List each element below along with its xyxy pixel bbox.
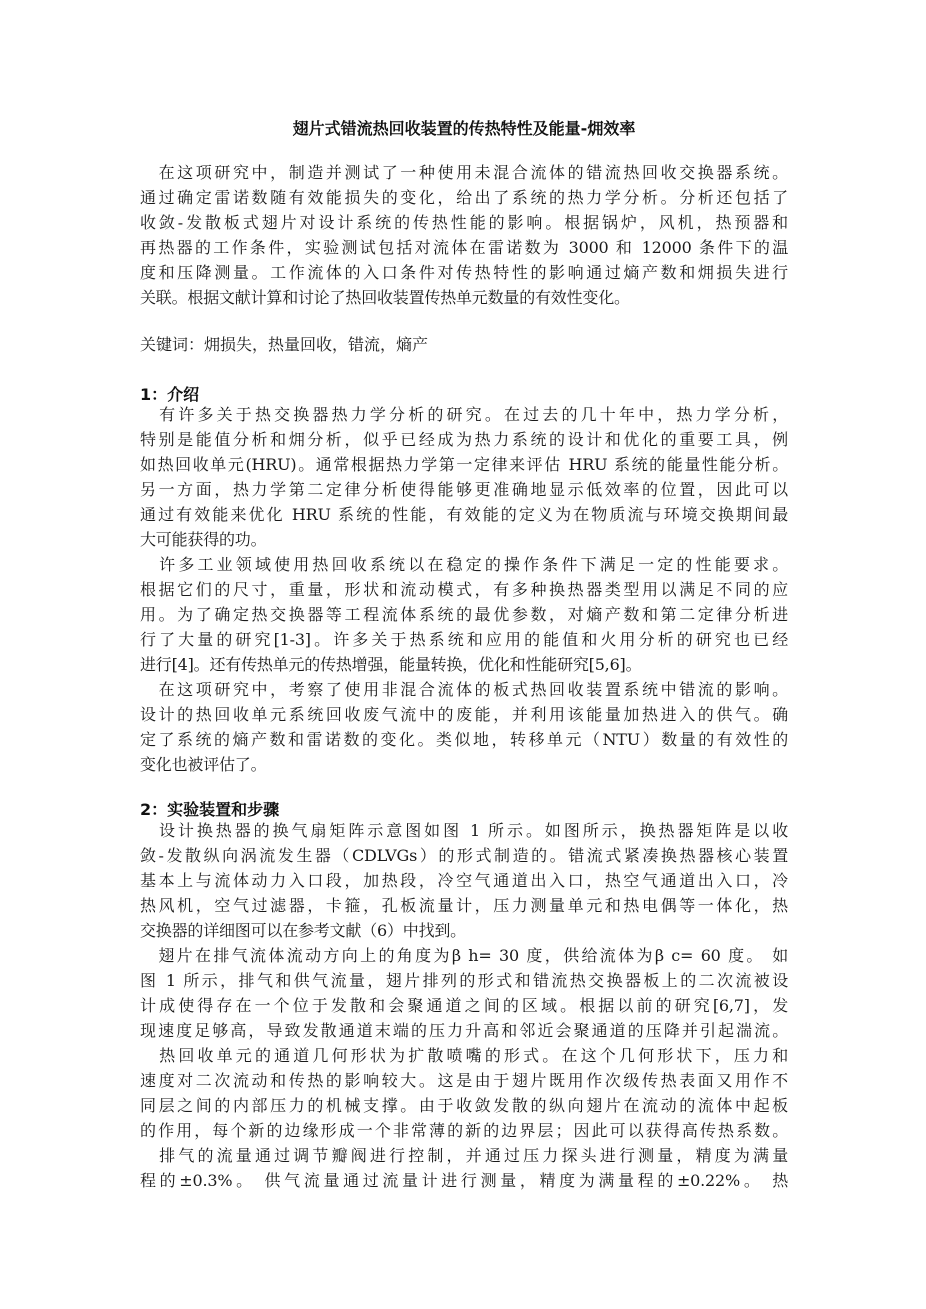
paragraph-line: 排气的流量通过调节瓣阀进行控制，并通过压力探头进行测量，精度为满量 [140,1146,788,1166]
keywords: 关键词：㶲损失，热量回收，错流，熵产 [140,332,428,355]
abstract-line: 在这项研究中，制造并测试了一种使用未混合流体的错流热回收交换器系统。 [140,163,788,183]
paragraph-line: 在这项研究中，考察了使用非混合流体的板式热回收装置系统中错流的影响。 [140,680,788,700]
paragraph-line: 现速度足够高，导致发散通道末端的压力升高和邻近会聚通道的压降并引起湍流。 [140,1021,788,1041]
paragraph-line: 另一方面，热力学第二定律分析使得能够更准确地显示低效率的位置，因此可以 [140,480,788,500]
abstract-line: 再热器的工作条件，实验测试包括对流体在雷诺数为 3000 和 12000 条件下… [140,238,788,258]
abstract-line: 关联。根据文献计算和讨论了热回收装置传热单元数量的有效性变化。 [140,288,788,308]
paragraph-line: 定了系统的熵产数和雷诺数的变化。类似地，转移单元（NTU）数量的有效性的 [140,730,788,750]
document-title: 翅片式错流热回收装置的传热特性及能量-㶲效率 [140,116,788,139]
paragraph-line: 用。为了确定热交换器等工程流体系统的最优参数，对熵产数和第二定律分析进 [140,605,788,625]
paragraph-line: 的作用，每个新的边缘形成一个非常薄的新的边界层；因此可以获得高传热系数。 [140,1121,788,1141]
paragraph-line: 热回收单元的通道几何形状为扩散喷嘴的形式。在这个几何形状下，压力和 [140,1046,788,1066]
paragraph-line: 计成使得存在一个位于发散和会聚通道之间的区域。根据以前的研究[6,7]，发 [140,996,788,1016]
paragraph-line: 敛-发散纵向涡流发生器（CDLVGs）的形式制造的。错流式紧凑换热器核心装置 [140,846,788,866]
paragraph-line: 有许多关于热交换器热力学分析的研究。在过去的几十年中，热力学分析， [140,405,788,425]
section-heading: 1：介绍 [140,382,199,405]
paragraph-line: 特别是能值分析和㶲分析，似乎已经成为热力系统的设计和优化的重要工具，例 [140,430,788,450]
paragraph-line: 基本上与流体动力入口段，加热段，冷空气通道出入口，热空气通道出入口，冷 [140,871,788,891]
paragraph-line: 交换器的详细图可以在参考文献（6）中找到。 [140,921,788,941]
abstract-line: 度和压降测量。工作流体的入口条件对传热特性的影响通过熵产数和㶲损失进行 [140,263,788,283]
paragraph-line: 设计换热器的换气扇矩阵示意图如图 1 所示。如图所示，换热器矩阵是以收 [140,821,788,841]
paragraph-line: 行了大量的研究[1-3]。许多关于热系统和应用的能值和火用分析的研究也已经 [140,630,788,650]
paragraph-line: 图 1 所示，排气和供气流量，翅片排列的形式和错流热交换器板上的二次流被设 [140,971,788,991]
paragraph-line: 设计的热回收单元系统回收废气流中的废能，并利用该能量加热进入的供气。确 [140,705,788,725]
paragraph-line: 同层之间的内部压力的机械支撑。由于收敛发散的纵向翅片在流动的流体中起板 [140,1096,788,1116]
paragraph-line: 速度对二次流动和传热的影响较大。这是由于翅片既用作次级传热表面又用作不 [140,1071,788,1091]
paragraph-line: 翅片在排气流体流动方向上的角度为β h= 30 度，供给流体为β c= 60 度… [140,946,788,966]
paragraph-line: 根据它们的尺寸，重量，形状和流动模式，有多种换热器类型用以满足不同的应 [140,580,788,600]
abstract-line: 通过确定雷诺数随有效能损失的变化，给出了系统的热力学分析。分析还包括了 [140,188,788,208]
paragraph-line: 通过有效能来优化 HRU 系统的性能，有效能的定义为在物质流与环境交换期间最 [140,505,788,525]
abstract-line: 收敛-发散板式翅片对设计系统的传热性能的影响。根据锅炉，风机，热预器和 [140,213,788,233]
paragraph-line: 进行[4]。还有传热单元的传热增强，能量转换，优化和性能研究[5,6]。 [140,655,788,675]
section-heading: 2：实验装置和步骤 [140,797,279,820]
paragraph-line: 热风机，空气过滤器，卡箍，孔板流量计，压力测量单元和热电偶等一体化，热 [140,896,788,916]
paragraph-line: 程的±0.3%。 供气流量通过流量计进行测量，精度为满量程的±0.22%。 热 [140,1171,788,1191]
paragraph-line: 如热回收单元(HRU)。通常根据热力学第一定律来评估 HRU 系统的能量性能分析… [140,455,788,475]
paragraph-line: 变化也被评估了。 [140,755,788,775]
paragraph-line: 许多工业领域使用热回收系统以在稳定的操作条件下满足一定的性能要求。 [140,555,788,575]
paragraph-line: 大可能获得的功。 [140,530,788,550]
